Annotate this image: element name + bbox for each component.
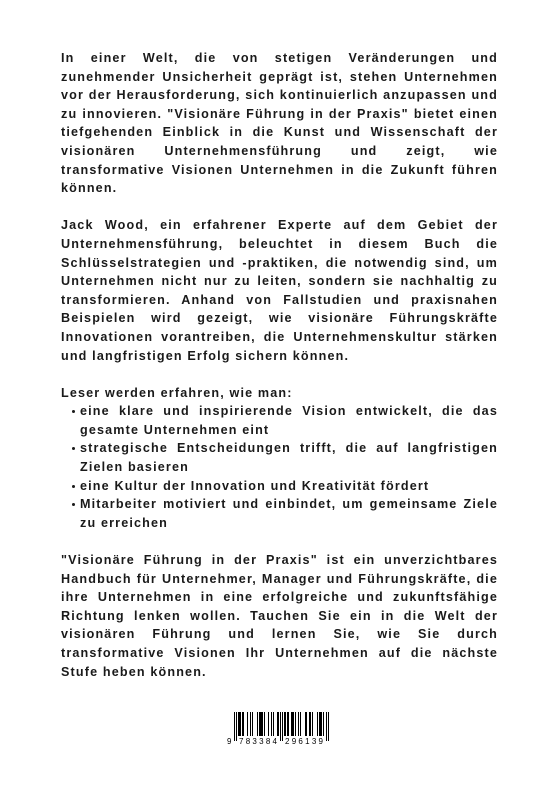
list-item: eine Kultur der Innovation und Kreativit… [80, 477, 498, 496]
bullet-icon [72, 410, 75, 413]
barcode-right-digits: 296139 [285, 737, 324, 746]
list-item: Mitarbeiter motiviert und einbindet, um … [80, 495, 498, 532]
paragraph-author: Jack Wood, ein erfahrener Experte auf de… [61, 216, 498, 365]
paragraph-closing: "Visionäre Führung in der Praxis" ist ei… [61, 551, 498, 681]
list-intro: Leser werden erfahren, wie man: [61, 384, 498, 403]
back-cover-text: In einer Welt, die von stetigen Veränder… [61, 49, 498, 700]
paragraph-intro: In einer Welt, die von stetigen Veränder… [61, 49, 498, 198]
benefits-list: eine klare und inspirierende Vision entw… [61, 402, 498, 532]
bullet-icon [72, 503, 75, 506]
isbn-barcode: 9 783384 296139 [227, 712, 335, 746]
barcode-icon: 9 783384 296139 [227, 712, 335, 746]
list-item: strategische Entscheidungen trifft, die … [80, 439, 498, 476]
bullet-icon [72, 447, 75, 450]
list-item: eine klare und inspirierende Vision entw… [80, 402, 498, 439]
barcode-left-digits: 783384 [239, 737, 278, 746]
bullet-icon [72, 485, 75, 488]
barcode-lead-digit: 9 [227, 737, 232, 746]
